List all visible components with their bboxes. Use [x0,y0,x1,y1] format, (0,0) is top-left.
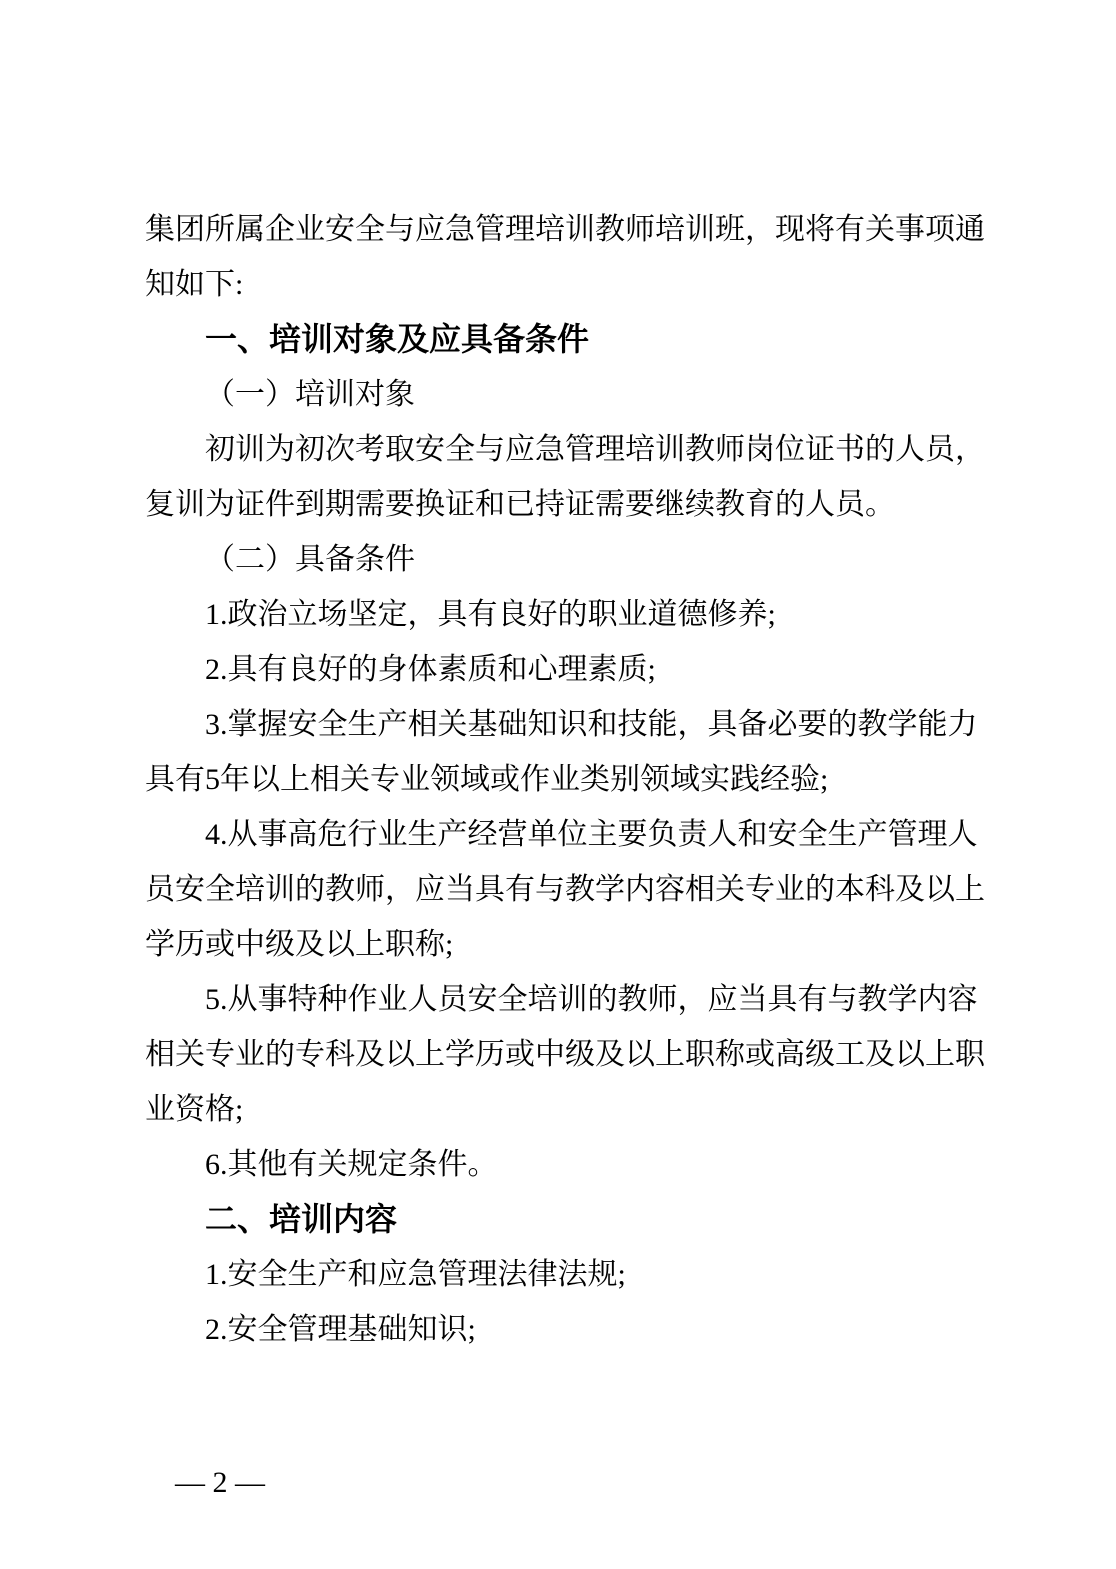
text-line: （二）具备条件 [145,532,987,587]
paragraph: 初训为初次考取安全与应急管理培训教师岗位证书的人员，复训为证件到期需要换证和已持… [145,422,987,532]
text-line: 业资格; [145,1082,987,1137]
text-line: 相关专业的专科及以上学历或中级及以上职称或高级工及以上职 [145,1027,987,1082]
page-footer: — 2 — [145,1432,265,1466]
sub-heading: （二）具备条件 [145,532,987,587]
text-line: 知如下: [145,257,987,312]
document-page: 集团所属企业安全与应急管理培训教师培训班，现将有关事项通知如下:一、培训对象及应… [0,0,1116,1569]
document-content: 集团所属企业安全与应急管理培训教师培训班，现将有关事项通知如下:一、培训对象及应… [145,202,987,1357]
text-line: 具有5年以上相关专业领域或作业类别领域实践经验; [145,752,987,807]
text-line: 2.具有良好的身体素质和心理素质; [145,642,987,697]
text-line: 4.从事高危行业生产经营单位主要负责人和安全生产管理人 [145,807,987,862]
text-line: 3.掌握安全生产相关基础知识和技能，具备必要的教学能力 [145,697,987,752]
sub-heading: （一）培训对象 [145,367,987,422]
paragraph: 1.政治立场坚定，具有良好的职业道德修养; [145,587,987,642]
text-line: 2.安全管理基础知识; [145,1302,987,1357]
text-line: 1.政治立场坚定，具有良好的职业道德修养; [145,587,987,642]
text-line: 二、培训内容 [145,1192,987,1247]
paragraph: 6.其他有关规定条件。 [145,1137,987,1192]
text-line: 6.其他有关规定条件。 [145,1137,987,1192]
text-line: 集团所属企业安全与应急管理培训教师培训班，现将有关事项通 [145,202,987,257]
text-line: 复训为证件到期需要换证和已持证需要继续教育的人员。 [145,477,987,532]
text-line: （一）培训对象 [145,367,987,422]
paragraph: 2.具有良好的身体素质和心理素质; [145,642,987,697]
text-line: 学历或中级及以上职称; [145,917,987,972]
page-number: — 2 — [175,1466,265,1499]
paragraph: 集团所属企业安全与应急管理培训教师培训班，现将有关事项通知如下: [145,202,987,312]
section-heading: 一、培训对象及应具备条件 [145,312,987,367]
section-heading: 二、培训内容 [145,1192,987,1247]
text-line: 1.安全生产和应急管理法律法规; [145,1247,987,1302]
text-line: 一、培训对象及应具备条件 [145,312,987,367]
paragraph: 5.从事特种作业人员安全培训的教师，应当具有与教学内容相关专业的专科及以上学历或… [145,972,987,1137]
paragraph: 1.安全生产和应急管理法律法规; [145,1247,987,1302]
paragraph: 3.掌握安全生产相关基础知识和技能，具备必要的教学能力具有5年以上相关专业领域或… [145,697,987,807]
text-line: 5.从事特种作业人员安全培训的教师，应当具有与教学内容 [145,972,987,1027]
paragraph: 2.安全管理基础知识; [145,1302,987,1357]
text-line: 初训为初次考取安全与应急管理培训教师岗位证书的人员， [145,422,987,477]
text-line: 员安全培训的教师，应当具有与教学内容相关专业的本科及以上 [145,862,987,917]
paragraph: 4.从事高危行业生产经营单位主要负责人和安全生产管理人员安全培训的教师，应当具有… [145,807,987,972]
